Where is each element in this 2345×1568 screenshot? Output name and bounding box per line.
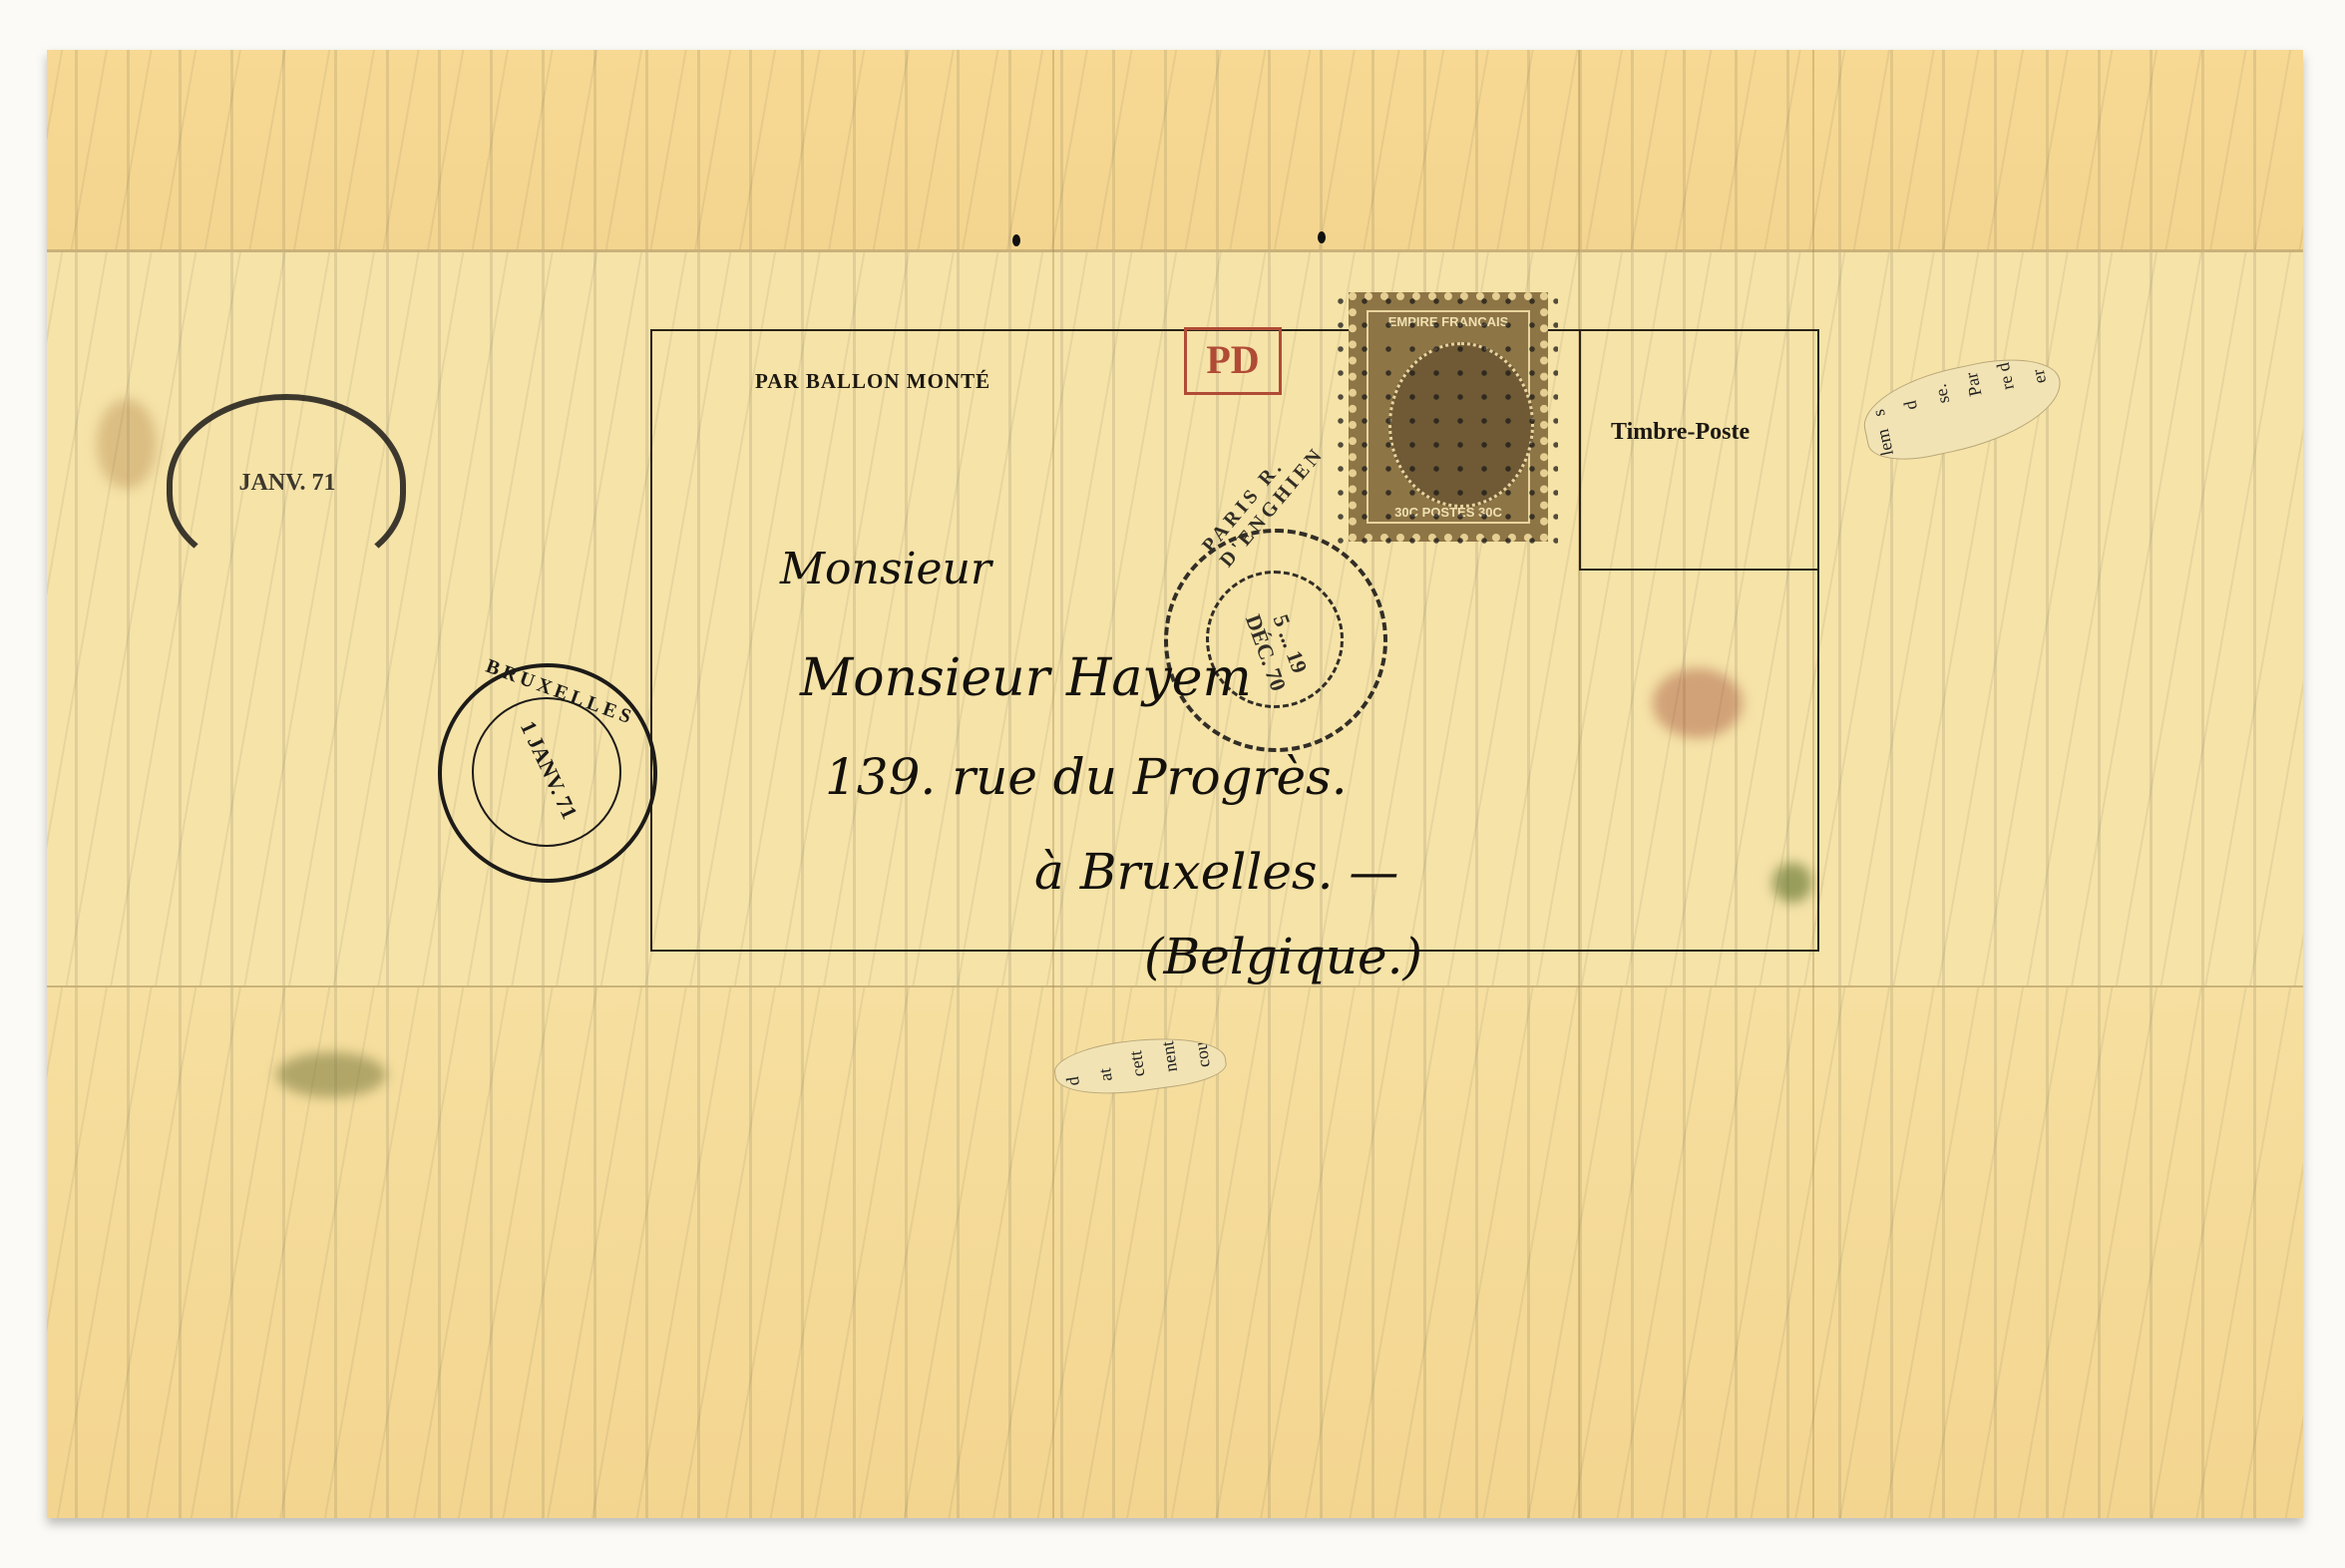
letter-sheet: PAR BALLON MONTÉ Timbre-Poste PD EMPIRE … (47, 50, 2303, 1518)
fragment-text: Par (1961, 371, 1987, 399)
paris-postmark: PARIS R. D'ENGHIEN 5 ... 19 DÉC. 70 (1164, 529, 1387, 752)
bruxelles-postmark: BRUXELLES 1 JANV. 71 (438, 663, 657, 883)
par-ballon-monte-label: PAR BALLON MONTÉ (755, 369, 990, 394)
pd-handstamp: PD (1184, 327, 1282, 395)
arrival-postmark: JANV. 71 (167, 394, 406, 576)
timbre-poste-label: Timbre-Poste (1611, 419, 1750, 446)
fragment-text: re d (1993, 361, 2019, 392)
fragment-text: s (1868, 408, 1890, 419)
address-line-3: 139. rue du Progrès. (825, 748, 1348, 806)
star-cancel (1329, 289, 1558, 549)
stain (276, 1052, 386, 1097)
pin-hole (1012, 234, 1020, 246)
address-line-4: à Bruxelles. — (1034, 843, 1398, 901)
fragment-text: er (2028, 367, 2051, 385)
fragment-text: lem (1872, 428, 1898, 459)
address-line-2: Monsieur Hayem (800, 648, 1252, 708)
fragment-text: cett (1125, 1049, 1149, 1078)
postmark-date: JANV. 71 (232, 470, 342, 497)
fragment-text: nent (1157, 1039, 1182, 1073)
handwritten-text-background (47, 50, 2303, 249)
top-flap (47, 50, 2303, 249)
pin-hole (1318, 231, 1326, 243)
fragment-text: d (1900, 399, 1922, 412)
stain (97, 399, 157, 489)
address-line-1: Monsieur (780, 544, 991, 594)
fragment-text: cour (1190, 1034, 1215, 1069)
stamp-box (1579, 329, 1817, 571)
fragment-text: d (1062, 1075, 1084, 1087)
fragment-text: se. (1930, 382, 1955, 405)
fragment-text: at (1094, 1066, 1117, 1082)
address-line-5: (Belgique.) (1144, 928, 1422, 985)
